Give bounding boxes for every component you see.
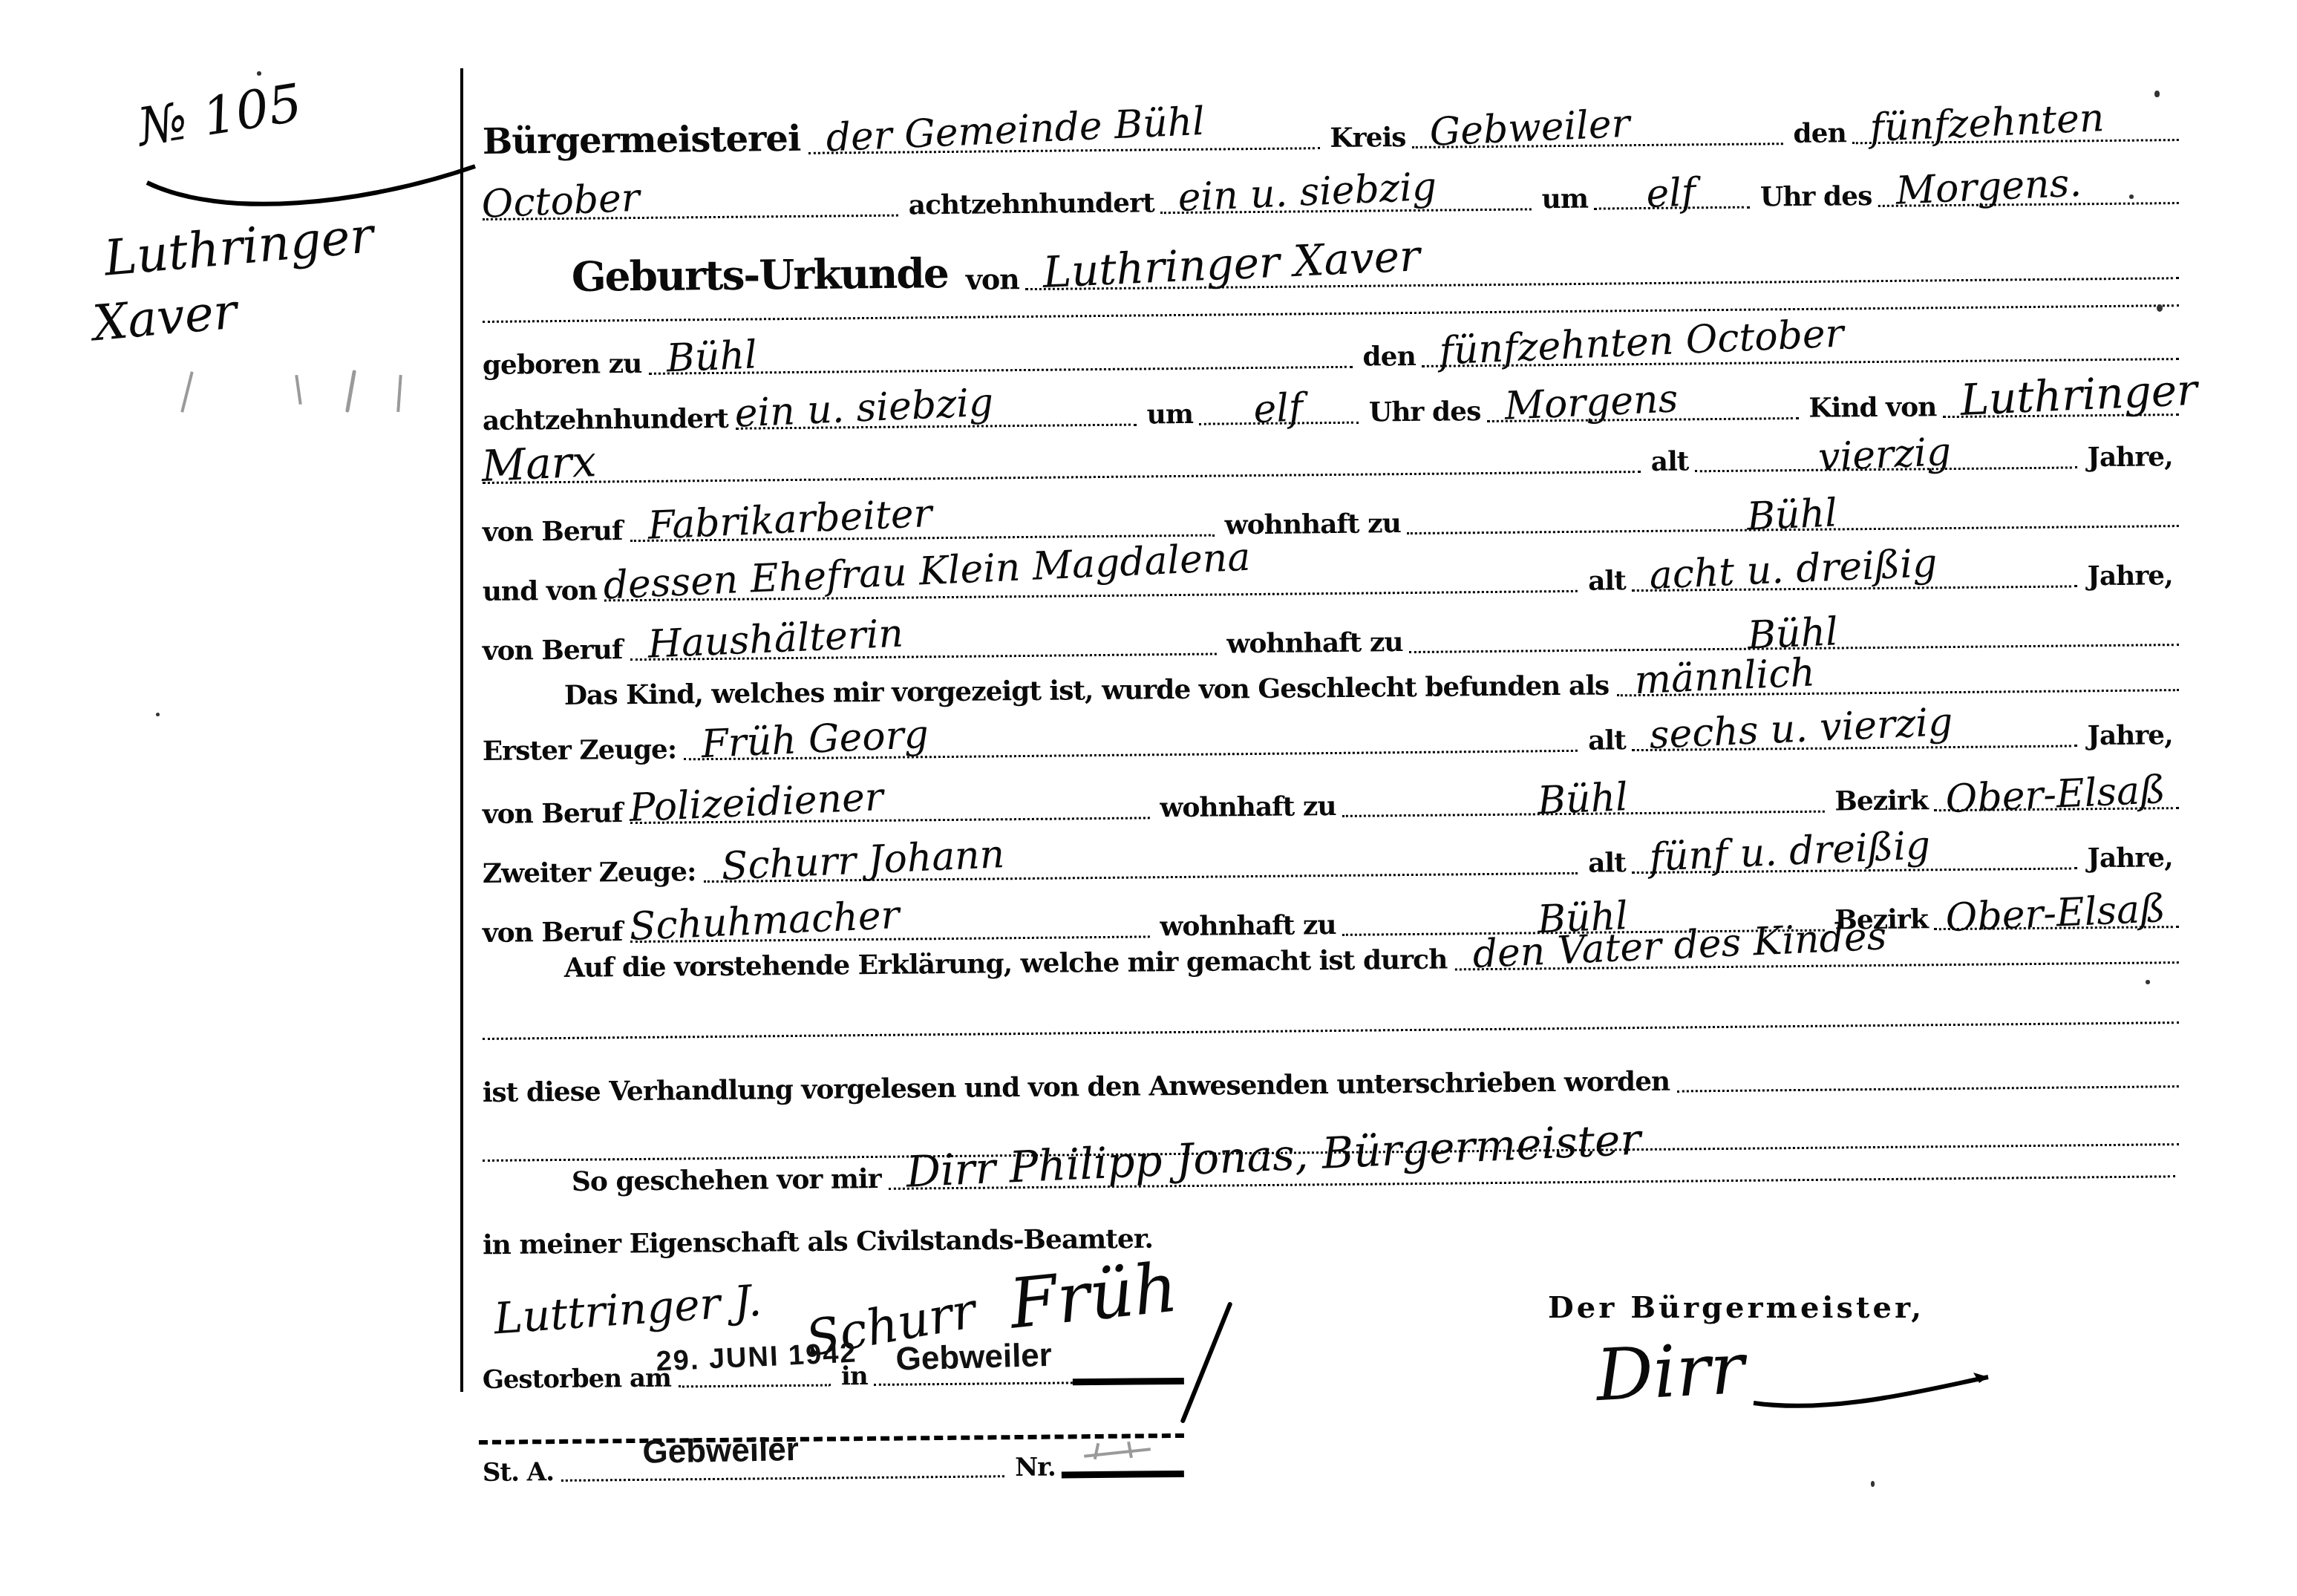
death-place-field: Gebweiler <box>873 1370 1072 1386</box>
scan-speck <box>2154 91 2160 97</box>
birthdate-value: fünfzehnten October <box>1439 314 1845 370</box>
declarant-field: den Vater des Kindes <box>1454 949 2179 970</box>
signature-witness1: Früh <box>1007 1253 1181 1338</box>
death-date-field: 29. JUNI 1942 <box>679 1372 831 1387</box>
capacity-label: in meiner Eigenschaft als Civilstands-Be… <box>483 1226 1153 1259</box>
margin-record-number: № 105 <box>134 76 305 154</box>
scan-speck <box>156 713 160 716</box>
witness1-bezirk-field: Ober-Elsaß <box>1934 795 2179 811</box>
signature-declarant: Luttringer J. <box>492 1278 762 1340</box>
read-aloud-row: ist diese Verhandlung vorgelesen und von… <box>482 1038 2179 1110</box>
daytime-field: Morgens. <box>1878 190 2179 207</box>
mayor-signature-flourish <box>1752 1370 2004 1414</box>
jahre-label-mother: Jahre, <box>2077 561 2179 593</box>
mother-age-value: acht u. dreißig <box>1649 544 1938 595</box>
jahre-label-w2: Jahre, <box>2077 843 2179 875</box>
daytime-value: Morgens. <box>1895 164 2082 211</box>
death-note-row: Gestorben am 29. JUNI 1942 in Gebweiler <box>482 1330 1184 1396</box>
birth-certificate-scan: № 105 Luthringer Xaver Bürgermeisterei d… <box>0 0 2297 1596</box>
father-residence-field: Bühl <box>1407 513 2179 534</box>
signature-mayor: Dirr <box>1595 1332 1746 1411</box>
sta-place-stamp: Gebweiler <box>642 1433 799 1469</box>
sta-label: St. A. <box>483 1459 562 1488</box>
day-value: fünfzehnten <box>1869 99 2105 148</box>
title-row: Geburts-Urkunde von Luthringer Xaver <box>571 218 2179 301</box>
declaration-label: Auf die vorstehende Erklärung, welche mi… <box>564 946 1455 985</box>
mayor-label: Der Bürgermeister, <box>1548 1293 1924 1323</box>
witness1-occupation-field: Polizeidiener <box>630 805 1149 824</box>
nr-label: Nr. <box>1004 1453 1062 1483</box>
witness1-bezirk-value: Ober-Elsaß <box>1945 771 2166 819</box>
witness1-name-field: Früh Georg <box>684 738 1578 761</box>
person-name-value: Luthringer Xaver <box>1042 234 1421 294</box>
sta-place-field: Gebweiler <box>561 1463 1004 1482</box>
death-place-stamp: Gebweiler <box>895 1339 1052 1376</box>
death-date-stamp: 29. JUNI 1942 <box>656 1338 857 1376</box>
margin-surname: Luthringer <box>102 211 376 283</box>
officer-value: Dirr Philipp Jonas, Bürgermeister <box>905 1118 1641 1194</box>
month-value: October <box>481 179 641 224</box>
heavy-rule-2 <box>1062 1471 1184 1479</box>
mother-name-field: dessen Ehefrau Klein Magdalena <box>604 578 1578 602</box>
father-residence-value: Bühl <box>1746 494 1838 536</box>
witness1-age-value: sechs u. vierzig <box>1649 703 1954 755</box>
year-value: ein u. siebzig <box>1177 168 1438 218</box>
witness2-name-value: Schurr Johann <box>720 835 1005 886</box>
mother-name-value: dessen Ehefrau Klein Magdalena <box>603 538 1252 606</box>
mother-age-field: acht u. dreißig <box>1632 573 2077 592</box>
bureau-label: Bürgermeisterei <box>482 120 808 163</box>
scan-speck <box>2129 194 2134 199</box>
officer-field: Dirr Philipp Jonas, Bürgermeister <box>889 1163 2175 1190</box>
kreis-label: Kreis <box>1319 123 1412 155</box>
father-age-field: vierzig <box>1694 454 2077 472</box>
pen-stroke <box>1180 1301 1232 1424</box>
uhr-label: Uhr des <box>1750 182 1878 214</box>
document-title: Geburts-Urkunde <box>571 251 955 301</box>
beruf-label-father: von Beruf <box>483 517 630 549</box>
witness1-residence-field: Bühl <box>1342 799 1824 817</box>
father-age-value: vierzig <box>1818 433 1953 477</box>
pencil-scribble <box>396 375 402 412</box>
hour-field: elf <box>1594 194 1750 210</box>
pencil-scribble <box>345 370 356 413</box>
declarant-value: den Vater des Kindes <box>1471 917 1887 974</box>
closing-row: So geschehen vor mir Dirr Philipp Jonas,… <box>571 1120 2175 1199</box>
kreis-field: Gebweiler <box>1411 131 1783 148</box>
witness2-name-field: Schurr Johann <box>703 860 1578 883</box>
um-label: um <box>1531 185 1594 216</box>
scan-speck <box>2157 304 2163 312</box>
jahre-label-father: Jahre, <box>2077 442 2179 474</box>
header-row-bureau: Bürgermeisterei der Gemeinde Bühl Kreis … <box>482 88 2179 163</box>
heavy-rule <box>1073 1378 1184 1385</box>
day-field: fünfzehnten <box>1852 127 2179 144</box>
father-firstname-value: Marx <box>480 439 597 488</box>
header-row-date: October achtzehnhundert ein u. siebzig u… <box>482 151 2179 226</box>
beruf-label-w1: von Beruf <box>483 799 630 831</box>
form-left-rule <box>460 68 463 1392</box>
person-name-field: Luthringer Xaver <box>1025 265 2179 290</box>
alt-label-w1: alt <box>1578 727 1632 758</box>
von-label: von <box>955 264 1025 297</box>
alt-label-w2: alt <box>1578 849 1632 880</box>
witness1-name-value: Früh Georg <box>701 716 929 765</box>
jahre-label-w1: Jahre, <box>2077 721 2179 753</box>
year-field: ein u. siebzig <box>1160 196 1532 214</box>
margin-firstname: Xaver <box>91 287 238 349</box>
father-occupation-value: Fabrikarbeiter <box>647 494 932 546</box>
witness1-occupation-value: Polizeidiener <box>628 778 883 828</box>
read-aloud-dots <box>1677 1073 2179 1092</box>
blank-dotted-line <box>483 1021 2179 1040</box>
kreis-value: Gebweiler <box>1428 105 1630 152</box>
century-label: achtzehnhundert <box>898 189 1160 223</box>
den-label: den <box>1783 120 1852 151</box>
und-von-label: und von <box>483 577 605 609</box>
bezirk-label-w1: Bezirk <box>1824 787 1934 819</box>
witness2-age-field: fünf u. dreißig <box>1632 855 2077 874</box>
so-geschehen-label: So geschehen vor mir <box>572 1165 889 1199</box>
father-occupation-field: Fabrikarbeiter <box>630 523 1214 543</box>
registry-row: St. A. Gebweiler Nr. <box>482 1422 1184 1488</box>
alt-label-father: alt <box>1641 448 1695 479</box>
scan-speck <box>257 71 261 76</box>
hour-value: elf <box>1645 173 1696 214</box>
witness2-age-value: fünf u. dreißig <box>1649 826 1932 877</box>
birthplace-value: Bühl <box>666 336 758 378</box>
bureau-value: der Gemeinde Bühl <box>825 102 1205 158</box>
pencil-scribble <box>180 371 193 412</box>
witness2-label: Zweiter Zeuge: <box>483 858 704 891</box>
witness1-label: Erster Zeuge: <box>483 736 684 768</box>
month-field: October <box>483 203 898 220</box>
sex-value: männlich <box>1633 653 1815 700</box>
pencil-scribble <box>295 375 302 405</box>
alt-label-mother: alt <box>1578 567 1632 598</box>
scan-speck <box>2146 980 2150 984</box>
witness1-age-field: sechs u. vierzig <box>1632 733 2077 751</box>
bureau-field: der Gemeinde Bühl <box>808 135 1319 154</box>
gestorben-label: Gestorben am <box>483 1364 679 1396</box>
wohnhaft-label-w1: wohnhaft zu <box>1149 792 1342 825</box>
father-surname-value: Luthringer <box>1959 368 2198 422</box>
scan-speck <box>1871 1481 1875 1487</box>
read-aloud-label: ist diese Verhandlung vorgelesen und von… <box>483 1067 1678 1110</box>
witness1-residence-value: Bühl <box>1536 778 1628 820</box>
